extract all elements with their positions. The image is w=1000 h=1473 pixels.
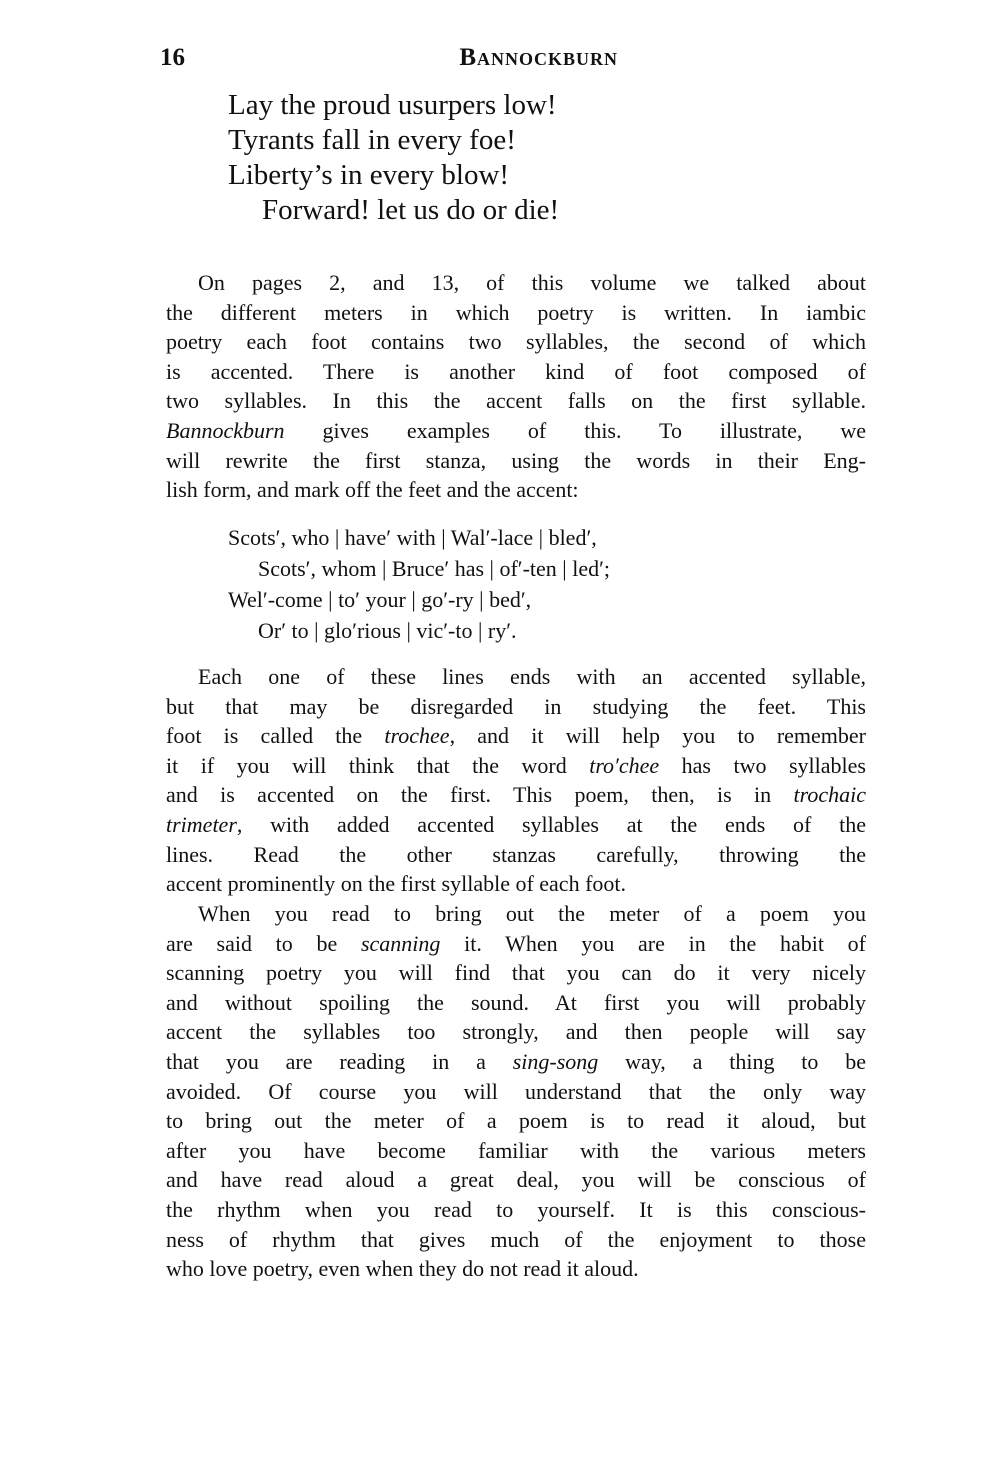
text-fragment: that you are reading in a (166, 1049, 513, 1074)
text-line: poetry each foot contains two syllables,… (166, 327, 866, 357)
text-fragment: and is accented on the first. This poem,… (166, 782, 794, 807)
text-fragment: , and it will help you to remember (450, 723, 866, 748)
text-line: two syllables. In this the accent falls … (166, 386, 866, 416)
text-line: On pages 2, and 13, of this volume we ta… (166, 268, 866, 298)
text-fragment: are said to be (166, 931, 361, 956)
text-line: and is accented on the first. This poem,… (166, 780, 866, 810)
text-line: foot is called the trochee, and it will … (166, 721, 866, 751)
text-fragment: , with added accented syllables at the e… (237, 812, 866, 837)
text-line: and have read aloud a great deal, you wi… (166, 1165, 866, 1195)
text-line: accent prominently on the first syllable… (166, 869, 866, 899)
italic-term: tro′chee (589, 753, 659, 778)
scansion-line: Scots′, whom | Bruce′ has | of′-ten | le… (228, 553, 610, 584)
italic-title: Bannockburn (166, 418, 285, 443)
scansion-line: Or′ to | glo′rious | vic′-to | ry′. (228, 615, 610, 646)
text-line: scanning poetry you will find that you c… (166, 958, 866, 988)
scansion-line: Wel′-come | to′ your | go′-ry | bed′, (228, 584, 610, 615)
text-fragment: gives examples of this. To illustrate, w… (323, 418, 867, 443)
text-fragment: it if you will think that the word (166, 753, 589, 778)
text-line: who love poetry, even when they do not r… (166, 1254, 866, 1284)
text-line: the different meters in which poetry is … (166, 298, 866, 328)
text-line: lish form, and mark off the feet and the… (166, 475, 866, 505)
italic-term: trochee (384, 723, 449, 748)
text-line: ness of rhythm that gives much of the en… (166, 1225, 866, 1255)
scansion-stanza: Scots′, who | have′ with | Wal′-lace | b… (228, 522, 610, 646)
poem-stanza: Lay the proud usurpers low! Tyrants fall… (228, 88, 559, 228)
text-line: lines. Read the other stanzas carefully,… (166, 840, 866, 870)
text-line: will rewrite the first stanza, using the… (166, 446, 866, 476)
poem-line: Liberty’s in every blow! (228, 158, 559, 193)
scansion-line: Scots′, who | have′ with | Wal′-lace | b… (228, 522, 610, 553)
text-line: When you read to bring out the meter of … (166, 899, 866, 929)
text-line: it if you will think that the word tro′c… (166, 751, 866, 781)
italic-term: sing-song (513, 1049, 599, 1074)
paragraph-meters: On pages 2, and 13, of this volume we ta… (166, 268, 866, 505)
text-line: after you have become familiar with the … (166, 1136, 866, 1166)
page-number: 16 (160, 44, 185, 72)
text-line: to bring out the meter of a poem is to r… (166, 1106, 866, 1136)
text-line: Bannockburn gives examples of this. To i… (166, 416, 866, 446)
text-line: but that may be disregarded in studying … (166, 692, 866, 722)
text-fragment: has two syllables (659, 753, 866, 778)
running-title: Bannockburn (459, 44, 618, 72)
italic-term: trimeter (166, 812, 237, 837)
page-header: 16 Bannockburn (160, 44, 618, 76)
paragraph-trochee: Each one of these lines ends with an acc… (166, 662, 866, 899)
text-fragment: foot is called the (166, 723, 384, 748)
text-line: trimeter, with added accented syllables … (166, 810, 866, 840)
poem-line: Tyrants fall in every foe! (228, 123, 559, 158)
text-line: is accented. There is another kind of fo… (166, 357, 866, 387)
italic-term: scanning (361, 931, 440, 956)
italic-term: trochaic (794, 782, 867, 807)
text-line: the rhythm when you read to yourself. It… (166, 1195, 866, 1225)
poem-line: Forward! let us do or die! (228, 193, 559, 228)
text-line: that you are reading in a sing-song way,… (166, 1047, 866, 1077)
text-fragment: it. When you are in the habit of (440, 931, 866, 956)
text-line: accent the syllables too strongly, and t… (166, 1017, 866, 1047)
book-page: 16 Bannockburn Lay the proud usurpers lo… (0, 0, 1000, 1473)
text-line: and without spoiling the sound. At first… (166, 988, 866, 1018)
paragraph-scanning: When you read to bring out the meter of … (166, 899, 866, 1284)
text-line: are said to be scanning it. When you are… (166, 929, 866, 959)
text-line: avoided. Of course you will understand t… (166, 1077, 866, 1107)
poem-line: Lay the proud usurpers low! (228, 88, 559, 123)
text-line: Each one of these lines ends with an acc… (166, 662, 866, 692)
text-fragment: way, a thing to be (598, 1049, 866, 1074)
